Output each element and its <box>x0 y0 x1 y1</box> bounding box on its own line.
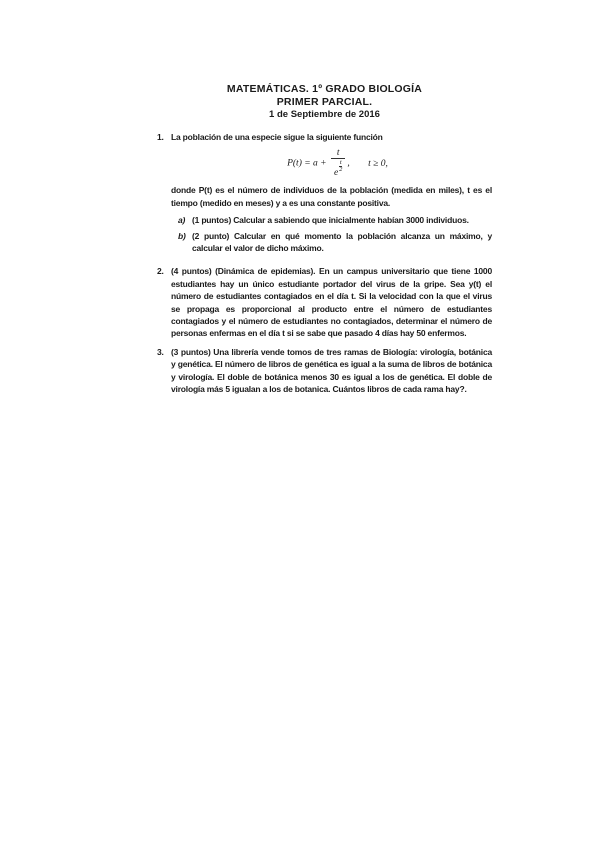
exponent-fraction: t2 <box>339 160 342 174</box>
list-item: b) (2 punto) Calcular en qué momento la … <box>171 230 492 255</box>
text-block: MATEMÁTICAS. 1º GRADO BIOLOGÍA PRIMER PA… <box>157 83 492 396</box>
denominator-base: e <box>334 168 338 178</box>
problem-3-number: 3. <box>157 346 171 396</box>
document-header: MATEMÁTICAS. 1º GRADO BIOLOGÍA PRIMER PA… <box>157 83 492 121</box>
problem-1-intro: La población de una especie sigue la sig… <box>171 131 492 143</box>
problem-3: 3. (3 puntos) Una librería vende tomos d… <box>157 346 492 396</box>
exam-document-page: MATEMÁTICAS. 1º GRADO BIOLOGÍA PRIMER PA… <box>0 0 599 848</box>
subitem-b-label: b) <box>178 230 192 255</box>
problem-2: 2. (4 puntos) (Dinámica de epidemias). E… <box>157 265 492 339</box>
exam-date: 1 de Septiembre de 2016 <box>157 108 492 121</box>
formula-lhs: P(t) = a + <box>287 159 326 169</box>
fraction: t et2 <box>331 148 345 179</box>
problem-2-text: (4 puntos) (Dinámica de epidemias). En u… <box>171 265 492 339</box>
subitem-b-text: (2 punto) Calcular en qué momento la pob… <box>192 230 492 255</box>
problem-1-number: 1. <box>157 131 171 254</box>
subitem-a-label: a) <box>178 214 192 226</box>
formula-population: P(t) = a + t et2 , t ≥ 0, <box>183 148 492 179</box>
subitem-a-text: (1 puntos) Calcular a sabiendo que inici… <box>192 214 492 226</box>
exponent-denominator: 2 <box>339 166 342 174</box>
list-item: a) (1 puntos) Calcular a sabiendo que in… <box>171 214 492 226</box>
fraction-numerator: t <box>331 148 345 158</box>
formula-condition: t ≥ 0, <box>368 159 388 169</box>
problem-1-subitems: a) (1 puntos) Calcular a sabiendo que in… <box>171 214 492 254</box>
problem-2-number: 2. <box>157 265 171 339</box>
problem-1: 1. La población de una especie sigue la … <box>157 131 492 254</box>
problem-3-text: (3 puntos) Una librería vende tomos de t… <box>171 346 492 396</box>
page-title: MATEMÁTICAS. 1º GRADO BIOLOGÍA <box>157 83 492 96</box>
problem-1-body: La población de una especie sigue la sig… <box>171 131 492 254</box>
problem-1-explanation: donde P(t) es el número de individuos de… <box>171 184 492 209</box>
formula-comma: , <box>347 159 349 169</box>
fraction-denominator: et2 <box>331 158 345 179</box>
page-subtitle: PRIMER PARCIAL. <box>157 96 492 109</box>
